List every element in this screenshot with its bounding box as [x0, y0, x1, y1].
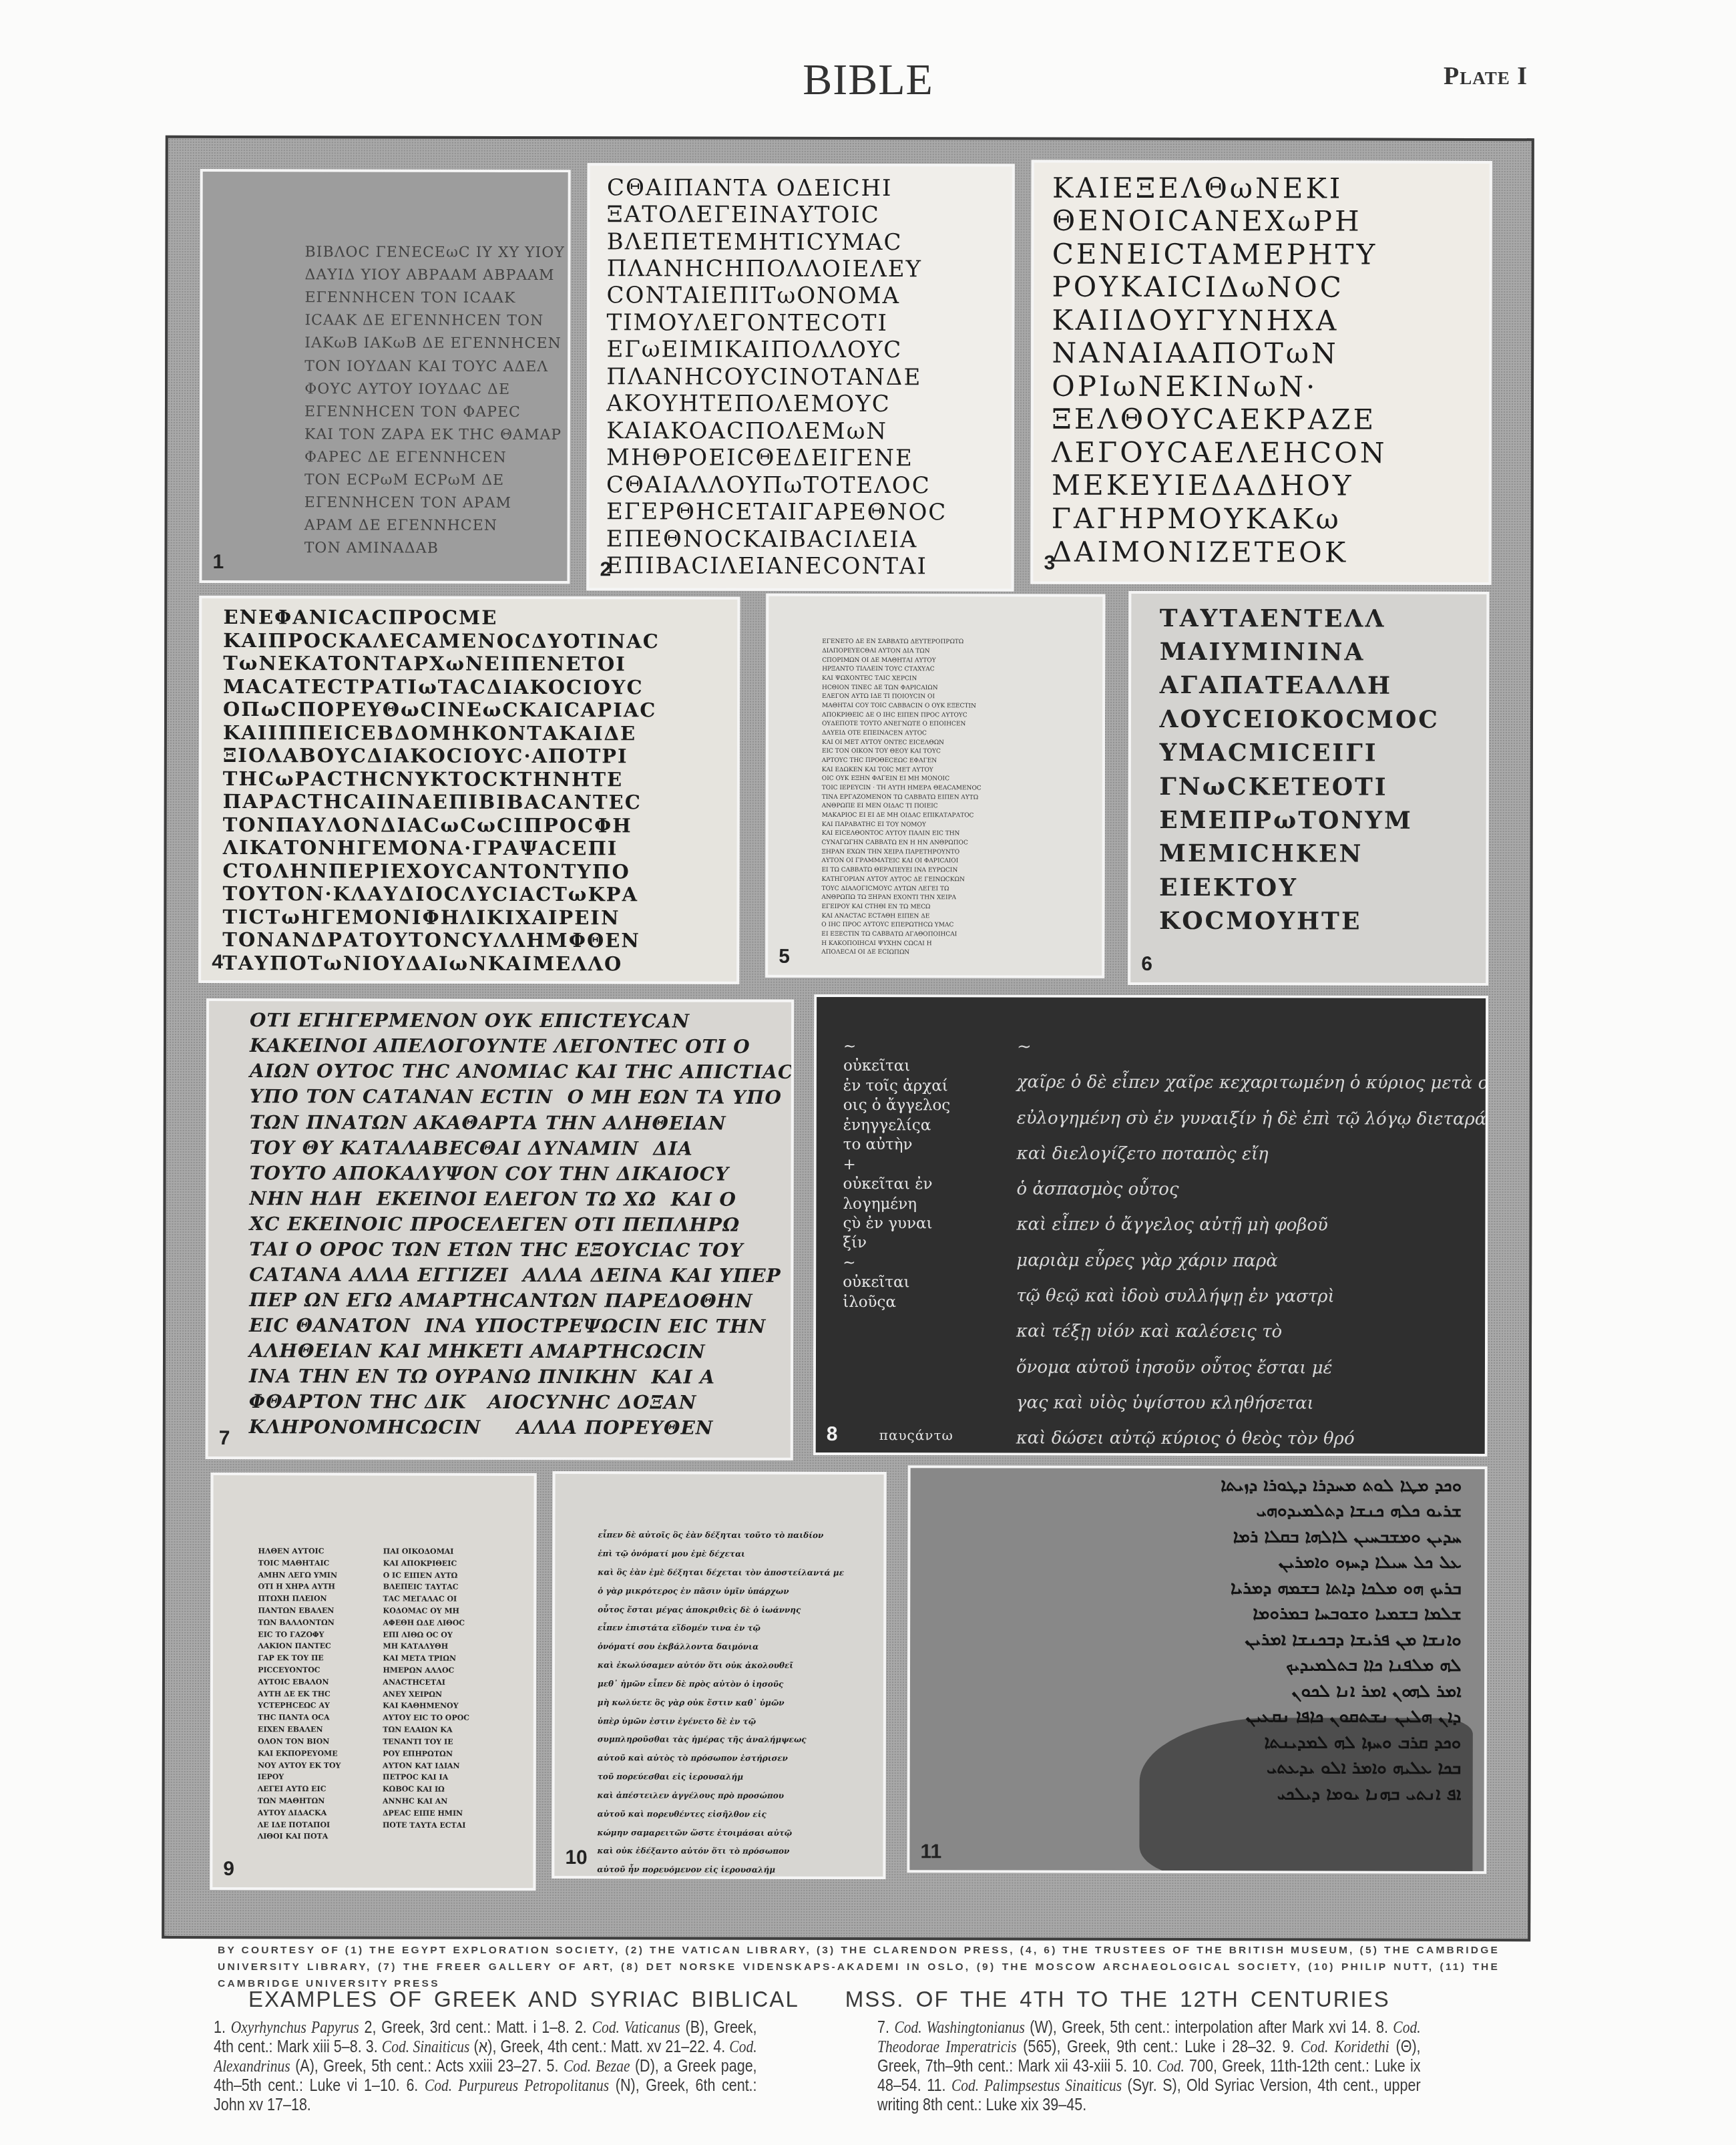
item-number: 9.	[1282, 2037, 1294, 2056]
manuscript-text: ܘܟܕ ܡܛܐ ܠܘܬ ܡܚܕܪܐ ܕܛܘܪܐ ܕܙܝܬܐ ܫܪܝܘ ܟܠܗ ܟ…	[939, 1472, 1462, 1807]
panel-number: 2	[600, 558, 611, 581]
panel-number: 1	[212, 551, 224, 574]
manuscript-name: Oxyrhynchus Papyrus	[231, 2019, 359, 2037]
marginal-note-bottom: παυςάντω	[879, 1427, 953, 1443]
manuscript-text: ΤΑΥΤΑΕΝΤΕΛΛ ΜΑΙΥΜΙΝΙΝΑ ΑΓΑΠΑΤΕΑΛΛΗ ΛΟΥCΕ…	[1159, 602, 1472, 939]
manuscript-name: Cod.	[1157, 2058, 1184, 2076]
manuscript-plate: ΒΙΒΛΟC ΓΕΝΕCΕωC ΙΥ ΧΥ ΥΙΟΥ ΔΑΥΙΔ ΥΙΟΥ ΑΒ…	[162, 136, 1534, 1941]
panel-8-codex-theodorae: ~ οὐκεῖται ἐν τοῖς ἀρχαί οις ὁ ἄγγελος ἐ…	[813, 994, 1488, 1456]
manuscript-name: Cod. Sinaiticus	[382, 2038, 470, 2056]
plate-label: Plate I	[1444, 61, 1528, 91]
panel-11-syriac-palimpsest: ܘܟܕ ܡܛܐ ܠܘܬ ܡܚܕܪܐ ܕܛܘܪܐ ܕܙܝܬܐ ܫܪܝܘ ܟܠܗ ܟ…	[907, 1465, 1487, 1874]
manuscript-details: (565), Greek, 9th cent.: Luke i 28–32.	[1017, 2037, 1276, 2056]
panel-number: 7	[219, 1427, 230, 1450]
panel-number: 8	[827, 1423, 838, 1446]
panel-2-codex-vaticanus: CΘΑΙΠΑΝΤΑ ΟΔΕΙCΗΙ ΞΑΤΟΛΕΓΕΙΝΑΥΤΟΙC ΒΛΕΠΕ…	[586, 163, 1014, 591]
item-number: 2.	[575, 2018, 587, 2037]
panel-5-codex-bezae: ΕΓΕΝΕΤΟ ΔΕ ΕΝ ΣΑΒΒΑΤΩ ΔΕΥΤΕΡΟΠΡΩΤΩ ΔΙΑΠΟ…	[765, 594, 1105, 978]
panel-number: 5	[779, 946, 790, 968]
item-number: 8.	[1376, 2018, 1388, 2037]
panel-7-codex-washingtonianus: ΟΤΙ ΕΓΗΓΕΡΜΕΝΟΝ ΟΥΚ ΕΠΙCΤΕΥCΑΝ ΚΑΚΕΙΝΟΙ …	[206, 998, 794, 1460]
panel-6-codex-purpureus: ΤΑΥΤΑΕΝΤΕΛΛ ΜΑΙΥΜΙΝΙΝΑ ΑΓΑΠΑΤΕΑΛΛΗ ΛΟΥCΕ…	[1128, 591, 1489, 986]
item-number: 10.	[1132, 2057, 1152, 2076]
caption-body: 1. Oxyrhynchus Papyrus 2, Greek, 3rd cen…	[214, 2018, 1509, 2145]
manuscript-column-left: ΗΛΘΕΝ ΑΥΤΟΙC ΤΟΙC ΜΑΘΗΤΑΙC ΑΜΗΝ ΛΕΓΩ ΥΜΙ…	[258, 1545, 341, 1843]
item-number: 7.	[877, 2018, 889, 2037]
panel-number: 10	[565, 1846, 587, 1869]
manuscript-name: Cod. Koridethi	[1301, 2038, 1389, 2056]
manuscript-name: Cod. Bezae	[564, 2058, 630, 2076]
manuscript-name: Cod. Purpureus Petropolitanus	[425, 2077, 609, 2095]
manuscript-details: (W), Greek, 5th cent.: interpolation aft…	[1025, 2018, 1371, 2037]
manuscript-text: ΚΑΙΕΞΕΛΘωΝΕΚΙ ΘΕΝΟΙCΑΝΕΧωΡΗ CΕΝΕΙCΤΑΜΕΡΗ…	[1052, 171, 1472, 569]
manuscript-text: εἶπεν δὲ αὐτοῖς ὃς ἐὰν δέξηται τοῦτο τὸ …	[597, 1526, 871, 1879]
caption-title: EXAMPLES OF GREEK AND SYRIAC BIBLICAL MS…	[248, 1987, 1490, 2012]
panel-1-oxyrhynchus-papyrus: ΒΙΒΛΟC ΓΕΝΕCΕωC ΙΥ ΧΥ ΥΙΟΥ ΔΑΥΙΔ ΥΙΟΥ ΑΒ…	[199, 169, 570, 584]
manuscript-text: ΟΤΙ ΕΓΗΓΕΡΜΕΝΟΝ ΟΥΚ ΕΠΙCΤΕΥCΑΝ ΚΑΚΕΙΝΟΙ …	[249, 1008, 768, 1441]
panel-10-codex-700: εἶπεν δὲ αὐτοῖς ὃς ἐὰν δέξηται τοῦτο τὸ …	[552, 1471, 886, 1879]
panel-9-codex-koridethi: ΗΛΘΕΝ ΑΥΤΟΙC ΤΟΙC ΜΑΘΗΤΑΙC ΑΜΗΝ ΛΕΓΩ ΥΜΙ…	[210, 1473, 536, 1891]
manuscript-column-right: ΠΑΙ ΟΙΚΟΔΟΜΑΙ ΚΑΙ ΑΠΟΚΡΙΘΕΙC Ο ΙC ΕΙΠΕΝ …	[383, 1545, 470, 1831]
courtesy-credits: BY COURTESY OF (1) THE EGYPT EXPLORATION…	[218, 1942, 1500, 1992]
item-number: 5.	[547, 2057, 559, 2076]
manuscript-text: ΕΓΕΝΕΤΟ ΔΕ ΕΝ ΣΑΒΒΑΤΩ ΔΕΥΤΕΡΟΠΡΩΤΩ ΔΙΑΠΟ…	[821, 638, 1089, 958]
manuscript-text: CΘΑΙΠΑΝΤΑ ΟΔΕΙCΗΙ ΞΑΤΟΛΕΓΕΙΝΑΥΤΟΙC ΒΛΕΠΕ…	[606, 174, 996, 580]
manuscript-name: Cod. Washingtonianus	[894, 2019, 1024, 2037]
manuscript-text: ΒΙΒΛΟC ΓΕΝΕCΕωC ΙΥ ΧΥ ΥΙΟΥ ΔΑΥΙΔ ΥΙΟΥ ΑΒ…	[304, 241, 554, 560]
manuscript-text: ~ χαῖρε ὁ δὲ εἶπεν χαῖρε κεχαριτωμένη ὁ …	[1016, 1030, 1459, 1456]
manuscript-details: 2, Greek, 3rd cent.: Matt. i 1–8.	[359, 2018, 570, 2037]
panel-number: 11	[920, 1840, 941, 1863]
panel-number: 9	[223, 1858, 234, 1881]
marginal-notes: ~ οὐκεῖται ἐν τοῖς ἀρχαί οις ὁ ἄγγελος ἐ…	[843, 1037, 950, 1312]
caption-title-part-2: MSS. OF THE 4TH TO THE 12TH CENTURIES	[845, 1987, 1390, 2011]
manuscript-details: (A), Greek, 5th cent.: Acts xxiii 23–27.	[290, 2057, 541, 2076]
caption-column-left: 1. Oxyrhynchus Papyrus 2, Greek, 3rd cen…	[214, 2018, 757, 2145]
manuscript-name: Cod. Palimpsestus Sinaiticus	[951, 2077, 1122, 2095]
panel-4-codex-alexandrinus: ΕΝΕΦΑΝΙCΑCΠΡΟCΜΕ ΚΑΙΠΡΟCΚΑΛΕCΑΜΕΝΟCΔΥΟΤΙ…	[198, 596, 740, 984]
item-number: 6.	[406, 2076, 418, 2095]
manuscript-name: Cod. Vaticanus	[592, 2019, 680, 2037]
manuscript-details: (א), Greek, 4th cent.: Matt. xv 21–22.	[469, 2037, 709, 2056]
caption-title-part-1: EXAMPLES OF GREEK AND SYRIAC BIBLICAL	[248, 1987, 799, 2011]
panel-3-codex-sinaiticus: ΚΑΙΕΞΕΛΘωΝΕΚΙ ΘΕΝΟΙCΑΝΕΧωΡΗ CΕΝΕΙCΤΑΜΕΡΗ…	[1030, 160, 1492, 585]
manuscript-text: ΕΝΕΦΑΝΙCΑCΠΡΟCΜΕ ΚΑΙΠΡΟCΚΑΛΕCΑΜΕΝΟCΔΥΟΤΙ…	[222, 606, 716, 976]
panel-number: 6	[1141, 953, 1152, 976]
item-number: 3.	[366, 2037, 378, 2056]
item-number: 1.	[214, 2018, 226, 2037]
caption-column-right: 7. Cod. Washingtonianus (W), Greek, 5th …	[877, 2018, 1421, 2145]
item-number: 11.	[927, 2076, 945, 2095]
panel-number: 4	[212, 951, 223, 974]
item-number: 4.	[713, 2037, 725, 2056]
panel-number: 3	[1044, 552, 1055, 575]
